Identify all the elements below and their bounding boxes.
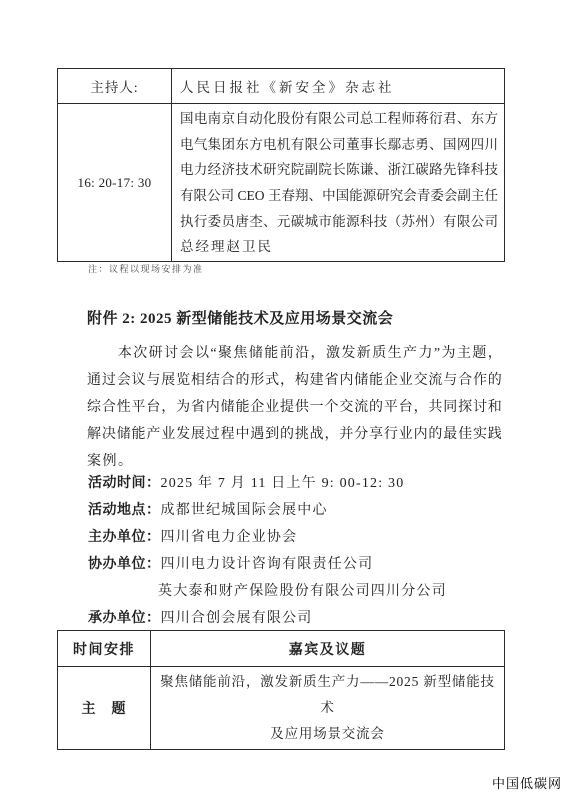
theme-label-cell: 主 题 xyxy=(58,667,151,750)
speakers-line: 总经理赵卫民 xyxy=(180,234,498,260)
host-value-cell: 人民日报社《新安全》杂志社 xyxy=(172,69,505,104)
info-label: 活动地点： xyxy=(88,503,161,518)
info-row-coorganizer-cont: 英大泰和财产保险股份有限公司四川分公司 xyxy=(88,578,447,605)
paragraph-line: 通过会议与展览相结合的形式，构建省内储能企业交流与合作的 xyxy=(87,367,502,394)
paragraph-line: 本次研讨会以“聚焦储能前沿，激发新质生产力”为主题， xyxy=(87,340,502,367)
paragraph-line: 解决储能产业发展过程中遇到的挑战，并分享行业内的最佳实践 xyxy=(87,421,502,448)
info-label: 协办单位： xyxy=(88,557,161,572)
site-watermark: 中国低碳网 xyxy=(492,773,562,792)
host-label-cell: 主持人: xyxy=(58,69,172,104)
time-slot-cell: 16: 20-17: 30 xyxy=(58,104,172,262)
agenda-table: 时间安排 嘉宾及议题 主 题 聚焦储能前沿，激发新质生产力——2025 新型储能… xyxy=(57,630,505,750)
info-row-organizer: 主办单位：四川省电力企业协会 xyxy=(88,524,447,551)
document-page: 主持人: 人民日报社《新安全》杂志社 16: 20-17: 30 国电南京自动化… xyxy=(0,0,566,800)
paragraph-line: 综合性平台，为省内储能企业提供一个交流的平台，共同探讨和 xyxy=(87,394,502,421)
info-row-time: 活动时间：2025 年 7 月 11 日上午 9: 00-12: 30 xyxy=(88,470,447,497)
table-row: 16: 20-17: 30 国电南京自动化股份有限公司总工程师蒋衍君、东方 电气… xyxy=(58,104,505,262)
schedule-table: 主持人: 人民日报社《新安全》杂志社 16: 20-17: 30 国电南京自动化… xyxy=(57,68,505,262)
speakers-line: 电气集团东方电机有限公司董事长鄢志勇、国网四川 xyxy=(180,132,498,158)
info-row-undertaker: 承办单位：四川合创会展有限公司 xyxy=(88,605,447,632)
info-label: 活动时间： xyxy=(88,476,161,491)
info-label: 主办单位： xyxy=(88,530,161,545)
header-topic-cell: 嘉宾及议题 xyxy=(151,631,505,667)
attachment-title: 附件 2: 2025 新型储能技术及应用场景交流会 xyxy=(87,307,393,328)
agenda-note: 注：议程以现场安排为准 xyxy=(88,262,204,275)
speakers-line: 国电南京自动化股份有限公司总工程师蒋衍君、东方 xyxy=(180,106,498,132)
info-value: 四川电力设计咨询有限责任公司 xyxy=(161,557,374,572)
table-row: 主 题 聚焦储能前沿，激发新质生产力——2025 新型储能技术 及应用场景交流会 xyxy=(58,667,505,750)
info-value: 英大泰和财产保险股份有限公司四川分公司 xyxy=(158,584,447,599)
info-value: 成都世纪城国际会展中心 xyxy=(161,503,328,518)
info-row-venue: 活动地点：成都世纪城国际会展中心 xyxy=(88,497,447,524)
info-value: 四川省电力企业协会 xyxy=(161,530,298,545)
speakers-line: 执行委员唐杢、元碳城市能源科技（苏州）有限公司 xyxy=(180,209,498,235)
info-row-coorganizer: 协办单位：四川电力设计咨询有限责任公司 xyxy=(88,551,447,578)
theme-line: 聚焦储能前沿，激发新质生产力——2025 新型储能技术 xyxy=(159,669,496,721)
event-info-list: 活动时间：2025 年 7 月 11 日上午 9: 00-12: 30 活动地点… xyxy=(88,470,447,632)
speakers-line: 电力经济技术研究院副院长陈谦、浙江碳路先锋科技 xyxy=(180,157,498,183)
table-row: 主持人: 人民日报社《新安全》杂志社 xyxy=(58,69,505,104)
header-time-cell: 时间安排 xyxy=(58,631,151,667)
theme-line: 及应用场景交流会 xyxy=(159,721,496,747)
info-value: 四川合创会展有限公司 xyxy=(161,611,313,626)
info-value: 2025 年 7 月 11 日上午 9: 00-12: 30 xyxy=(161,476,405,491)
table-header-row: 时间安排 嘉宾及议题 xyxy=(58,631,505,667)
info-label: 承办单位： xyxy=(88,611,161,626)
theme-value-cell: 聚焦储能前沿，激发新质生产力——2025 新型储能技术 及应用场景交流会 xyxy=(151,667,505,750)
speakers-line: 有限公司 CEO 王春翔、中国能源研究会青委会副主任 xyxy=(180,183,498,209)
speakers-cell: 国电南京自动化股份有限公司总工程师蒋衍君、东方 电气集团东方电机有限公司董事长鄢… xyxy=(172,104,505,262)
intro-paragraph: 本次研讨会以“聚焦储能前沿，激发新质生产力”为主题， 通过会议与展览相结合的形式… xyxy=(87,340,502,475)
